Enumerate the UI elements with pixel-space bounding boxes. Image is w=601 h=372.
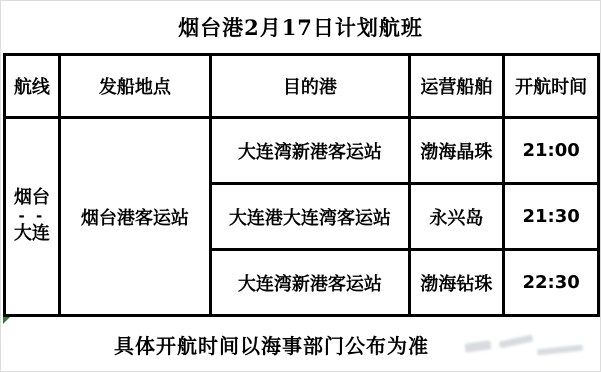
table-row: 烟台 - - 大连 烟台港客运站 大连湾新港客运站 渤海晶珠 21:00 [5, 118, 599, 184]
page-title: 烟台港2月17日计划航班 [1, 1, 600, 53]
header-time: 开航时间 [504, 55, 599, 118]
header-route: 航线 [5, 55, 60, 118]
vessel-cell: 渤海晶珠 [409, 118, 504, 184]
header-vessel: 运营船舶 [409, 55, 504, 118]
route-cell: 烟台 - - 大连 [5, 118, 60, 316]
header-departure: 发船地点 [59, 55, 210, 118]
ferry-schedule-table: 航线 发船地点 目的港 运营船舶 开航时间 烟台 - - 大连 烟台港客运站 大… [3, 53, 600, 317]
destination-cell: 大连湾新港客运站 [211, 118, 409, 184]
header-destination: 目的港 [211, 55, 409, 118]
route-destination: 大连 [6, 223, 58, 246]
route-dashes: - - [6, 210, 58, 224]
time-cell: 21:30 [504, 184, 599, 250]
schedule-page: 烟台港2月17日计划航班 航线 发船地点 目的港 运营船舶 开航时间 烟台 - … [0, 0, 601, 372]
vessel-cell: 渤海钻珠 [409, 250, 504, 316]
destination-cell: 大连港大连湾客运站 [211, 184, 409, 250]
departure-location-cell: 烟台港客运站 [59, 118, 210, 316]
table-header-row: 航线 发船地点 目的港 运营船舶 开航时间 [5, 55, 599, 118]
time-cell: 21:00 [504, 118, 599, 184]
footer-note: 具体开航时间以海事部门公布为准 [1, 316, 600, 372]
destination-cell: 大连湾新港客运站 [211, 250, 409, 316]
time-cell: 22:30 [504, 250, 599, 316]
vessel-cell: 永兴岛 [409, 184, 504, 250]
